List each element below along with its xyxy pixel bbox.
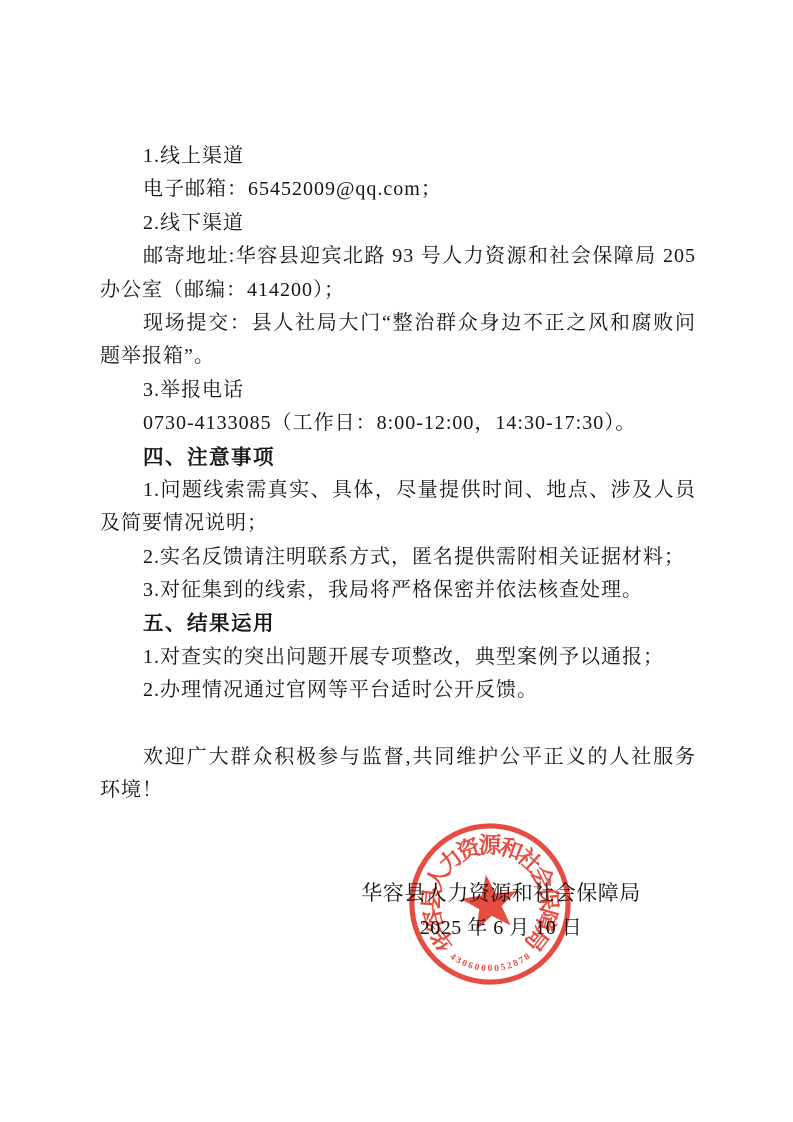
seal-code-digit: 0 <box>488 964 493 974</box>
text-line: 2.实名反馈请注明联系方式，匿名提供需附相关证据材料； <box>100 541 696 574</box>
section-heading: 五、结果运用 <box>100 607 696 640</box>
text-line: 欢迎广大群众积极参与监督,共同维护公平正义的人社服务 <box>100 741 696 774</box>
text-line: 2.办理情况通过官网等平台适时公开反馈。 <box>100 674 696 707</box>
text-line: 电子邮箱：65452009@qq.com； <box>100 173 696 206</box>
seal-code-digit: 8 <box>512 958 521 969</box>
seal-code-text: 4306000052878 <box>448 952 533 974</box>
seal-code-digit: 0 <box>460 958 469 969</box>
text-line <box>100 708 696 741</box>
seal-arc-char: 资 <box>453 832 485 865</box>
seal-code-digit: 0 <box>494 964 500 974</box>
text-line: 1.问题线索需真实、具体，尽量提供时间、地点、涉及人员 <box>100 474 696 507</box>
text-line: 1.对查实的突出问题开展专项整改，典型案例予以通报； <box>100 641 696 674</box>
seal-code-digit: 2 <box>506 961 514 972</box>
seal-code-digit: 7 <box>517 955 526 966</box>
seal-code-digit: 0 <box>474 963 481 974</box>
signature-date: 2025 年 6 月 10 日 <box>341 911 661 945</box>
section-heading: 四、注意事项 <box>100 441 696 474</box>
text-line: 办公室（邮编：414200）； <box>100 274 696 307</box>
text-line: 2.线下渠道 <box>100 207 696 240</box>
text-line: 题举报箱”。 <box>100 340 696 373</box>
seal-code-digit: 6 <box>467 961 475 972</box>
seal-arc-char: 力 <box>434 844 468 878</box>
text-line: 现场提交：县人社局大门“整治群众身边不正之风和腐败问 <box>100 307 696 340</box>
text-line: 1.线上渠道 <box>100 140 696 173</box>
seal-code-digit: 4 <box>448 952 458 963</box>
seal-arc-char: 源 <box>479 833 503 858</box>
text-line: 邮寄地址:华容县迎宾北路 93 号人力资源和社会保障局 205 <box>100 240 696 273</box>
document-body: 1.线上渠道电子邮箱：65452009@qq.com；2.线下渠道邮寄地址:华容… <box>100 140 696 808</box>
text-line: 3.对征集到的线索，我局将严格保密并依法核查处理。 <box>100 574 696 607</box>
seal-arc-char: 社 <box>512 843 547 878</box>
text-line: 及简要情况说明； <box>100 507 696 540</box>
seal-arc-char: 和 <box>496 834 526 866</box>
seal-code-digit: 3 <box>454 955 463 966</box>
signature-agency: 华容县人力资源和社会保障局 <box>341 876 661 911</box>
text-line: 3.举报电话 <box>100 374 696 407</box>
text-line: 0730-4133085（工作日：8:00-12:00，14:30-17:30）… <box>100 407 696 440</box>
signature-block: 华容县人力资源和社会保障局 2025 年 6 月 10 日 <box>341 876 661 945</box>
document-page: 1.线上渠道电子邮箱：65452009@qq.com；2.线下渠道邮寄地址:华容… <box>0 0 793 1122</box>
text-line: 环境！ <box>100 774 696 807</box>
seal-code-digit: 5 <box>500 962 507 973</box>
seal-code-digit: 8 <box>523 952 533 963</box>
seal-code-digit: 0 <box>481 964 487 974</box>
